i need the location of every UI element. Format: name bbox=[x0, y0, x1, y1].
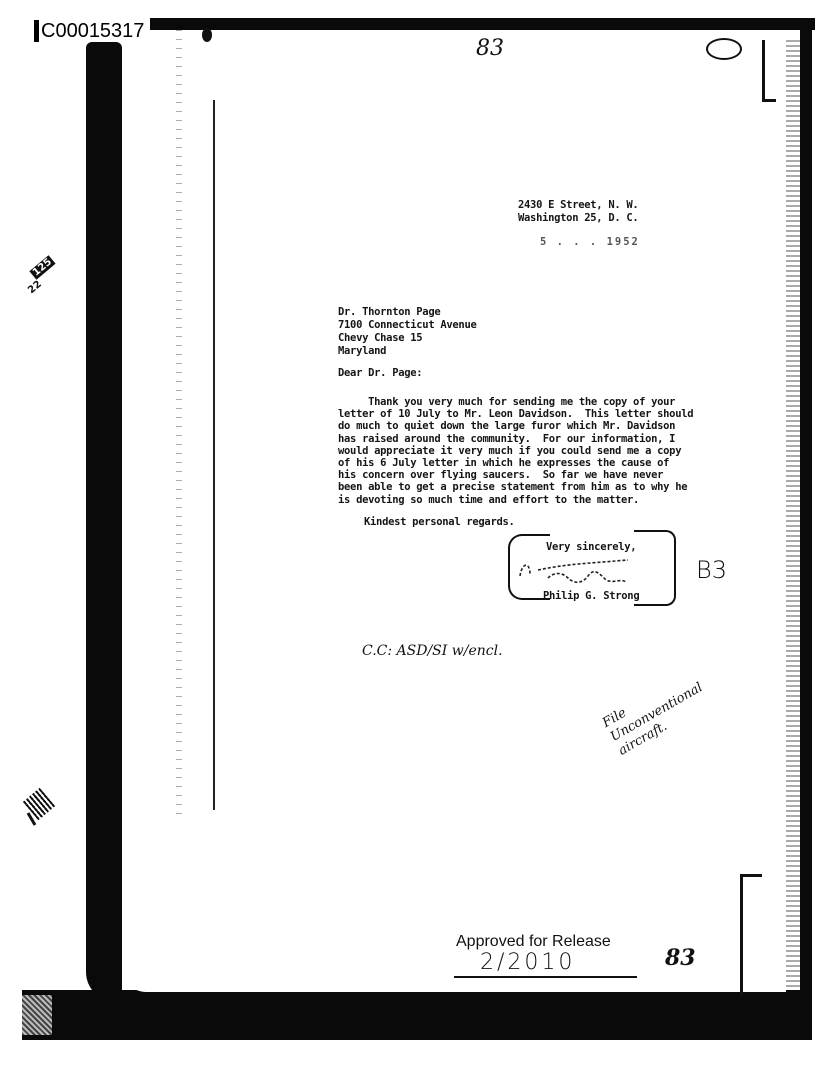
page-number: 83 bbox=[665, 945, 696, 971]
body-line: do much to quiet down the large furor wh… bbox=[338, 420, 693, 432]
scan-speckle bbox=[176, 30, 182, 820]
letter-body: Thank you very much for sending me the c… bbox=[338, 396, 693, 506]
body-line: has raised around the community. For our… bbox=[338, 433, 693, 445]
release-stamp-rule bbox=[454, 976, 637, 978]
release-stamp-date: 2/2010 bbox=[480, 950, 575, 975]
address-line: Washington 25, D. C. bbox=[518, 212, 638, 225]
closing-line: Kindest personal regards. bbox=[364, 516, 515, 529]
sender-address: 2430 E Street, N. W.Washington 25, D. C. bbox=[518, 199, 638, 225]
ink-blot bbox=[202, 28, 212, 42]
frame-right-edge bbox=[786, 40, 800, 1000]
cc-note: C.C: ASD/SI w/encl. bbox=[362, 643, 503, 659]
recipient-line: Maryland bbox=[338, 345, 477, 358]
body-line: his concern over flying saucers. So far … bbox=[338, 469, 693, 481]
frame-left-border bbox=[86, 42, 122, 1002]
body-line: of his 6 July letter in which he express… bbox=[338, 457, 693, 469]
recipient-line: Dr. Thornton Page bbox=[338, 306, 477, 319]
frame-top-border bbox=[150, 18, 815, 30]
left-margin-rule bbox=[213, 100, 215, 810]
oval-stamp-icon bbox=[706, 38, 742, 60]
top-handwritten-number: 83 bbox=[476, 36, 504, 61]
side-tag: 125 bbox=[29, 255, 55, 279]
margin-mark: B3 bbox=[696, 556, 727, 584]
signature-scribble-icon bbox=[508, 556, 668, 586]
address-line: 2430 E Street, N. W. bbox=[518, 199, 638, 212]
bracket-mark-bottom bbox=[740, 874, 743, 996]
recipient-line: Chevy Chase 15 bbox=[338, 332, 477, 345]
bracket-mark-top-foot bbox=[762, 99, 776, 102]
signer-name: Philip G. Strong bbox=[543, 590, 639, 603]
salutation: Dear Dr. Page: bbox=[338, 367, 422, 380]
frame-bottom-border bbox=[22, 990, 812, 1040]
recipient-line: 7100 Connecticut Avenue bbox=[338, 319, 477, 332]
recipient-address: Dr. Thornton Page7100 Connecticut Avenue… bbox=[338, 306, 477, 358]
frame-right-border bbox=[800, 24, 812, 1039]
valediction: Very sincerely, bbox=[546, 541, 636, 554]
date-line: 5 . . . 1952 bbox=[540, 236, 640, 249]
body-line: letter of 10 July to Mr. Leon Davidson. … bbox=[338, 408, 693, 420]
document-id: C00015317 bbox=[34, 20, 146, 42]
body-line: Thank you very much for sending me the c… bbox=[338, 396, 693, 408]
body-line: would appreciate it very much if you cou… bbox=[338, 445, 693, 457]
side-tag: 22 bbox=[26, 279, 44, 296]
letter-page bbox=[122, 30, 786, 992]
release-stamp-label: Approved for Release bbox=[456, 933, 611, 951]
body-line: been able to get a precise statement fro… bbox=[338, 481, 693, 493]
bracket-mark-top bbox=[762, 40, 765, 102]
frame-bottom-edge bbox=[22, 995, 52, 1035]
body-line: is devoting so much time and effort to t… bbox=[338, 494, 693, 506]
bracket-mark-bottom-head bbox=[740, 874, 762, 877]
